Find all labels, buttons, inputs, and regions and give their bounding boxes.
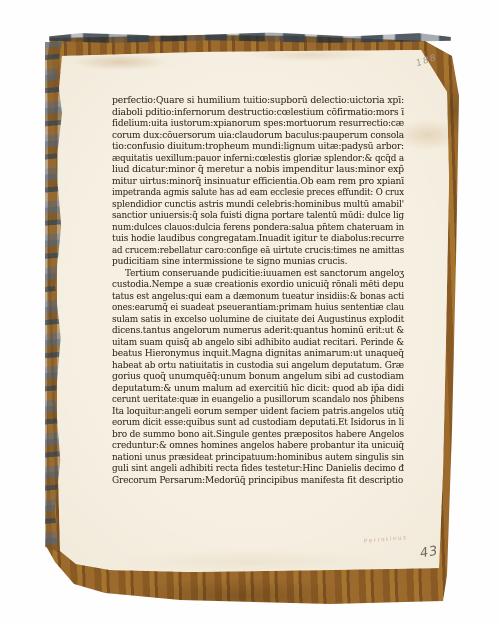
text-line: tio:confusio diuitum:tropheum mundi:lign… [112, 142, 404, 154]
text-line: corum dux:cōuersorum uia:claudorum bacul… [112, 131, 404, 143]
text-line: sanctior uniuersis:q̄ sola fuisti digna … [112, 211, 404, 223]
text-line: cerunt ueritate:quæ in euangelio a pusil… [112, 395, 404, 407]
text-line: ad crucem:rebellatur caro:confige eā uir… [112, 246, 404, 258]
text-line: beatus Hieronymus inquit.Magna dignitas … [112, 349, 404, 361]
text-line: habeat ab ortu natiuitatis in custodia s… [112, 361, 404, 373]
text-line: perfectio:Quare si humilium tuitio:supbo… [112, 96, 404, 108]
text-line: tatus est angelus:qui eam a dæmonum tuea… [112, 292, 404, 304]
text-line: deputatum:& unum malum ad exercitiū hīc … [112, 384, 404, 396]
text-line: impetranda agmis salute has ad eam eccle… [112, 188, 404, 200]
text-line: mitur uirtus:minorq̄ insinuatur efficien… [112, 177, 404, 189]
text-line: tuis hodie laudibus congregatam.Inuadit … [112, 234, 404, 246]
text-line: nationi unus præsideat principatuum:homi… [112, 453, 404, 465]
photograph-of-incunable-leaf: perfectio:Quare si humilium tuitio:supbo… [0, 0, 500, 625]
text-line: pudicitiam sine intermissione te signo m… [112, 257, 404, 269]
text-line: custodia.Nempe a suæ creationis exordio … [112, 280, 404, 292]
text-line: Tertium conseruande pudicitie:iuuamen es… [112, 269, 404, 281]
text-line: liud dicatur:minor q̄ meretur a nobis im… [112, 165, 404, 177]
text-line: ones:earumq̄ ei suadeat pseuerantiam:pri… [112, 303, 404, 315]
text-line: splendidior cunctis astris mundi celebri… [112, 200, 404, 212]
text-line: diaboli pditio:infernorum destructio:cœl… [112, 108, 404, 120]
text-line: uitam suam quisq̄ ab angelo sibi adhibit… [112, 338, 404, 350]
pencil-leaf-number: 43 [419, 544, 440, 562]
text-line: guli sint angeli adhibiti recta fides te… [112, 464, 404, 476]
text-line: eorum dicit esse:quibus sunt ad custodia… [112, 418, 404, 430]
text-line: æquitatis uexillum:pauor inferni:cœlesti… [112, 154, 404, 166]
text-line: fidelium:uita iustorum:xpianorum spes:mo… [112, 119, 404, 131]
text-line: num:dulces clauos:dulcia ferens pondera:… [112, 223, 404, 235]
printed-text-block: perfectio:Quare si humilium tuitio:supbo… [112, 96, 404, 487]
text-line: gorius quoq̄ unumquēq̄:unum bonum angelu… [112, 372, 404, 384]
text-line: dicens.tantus angelorum numerus aderit:q… [112, 326, 404, 338]
text-line: Ita loquitur:angeli eorum semper uident … [112, 407, 404, 419]
text-line: bro de summo bono ait.Singule gentes præ… [112, 430, 404, 442]
text-line: sulam satis in excelso uolumine de ciuit… [112, 315, 404, 327]
text-line: Grecorum Persarum:Medorūq̄ principibus m… [112, 476, 404, 488]
text-line: creduntur:& omnes homines angelos habere… [112, 441, 404, 453]
